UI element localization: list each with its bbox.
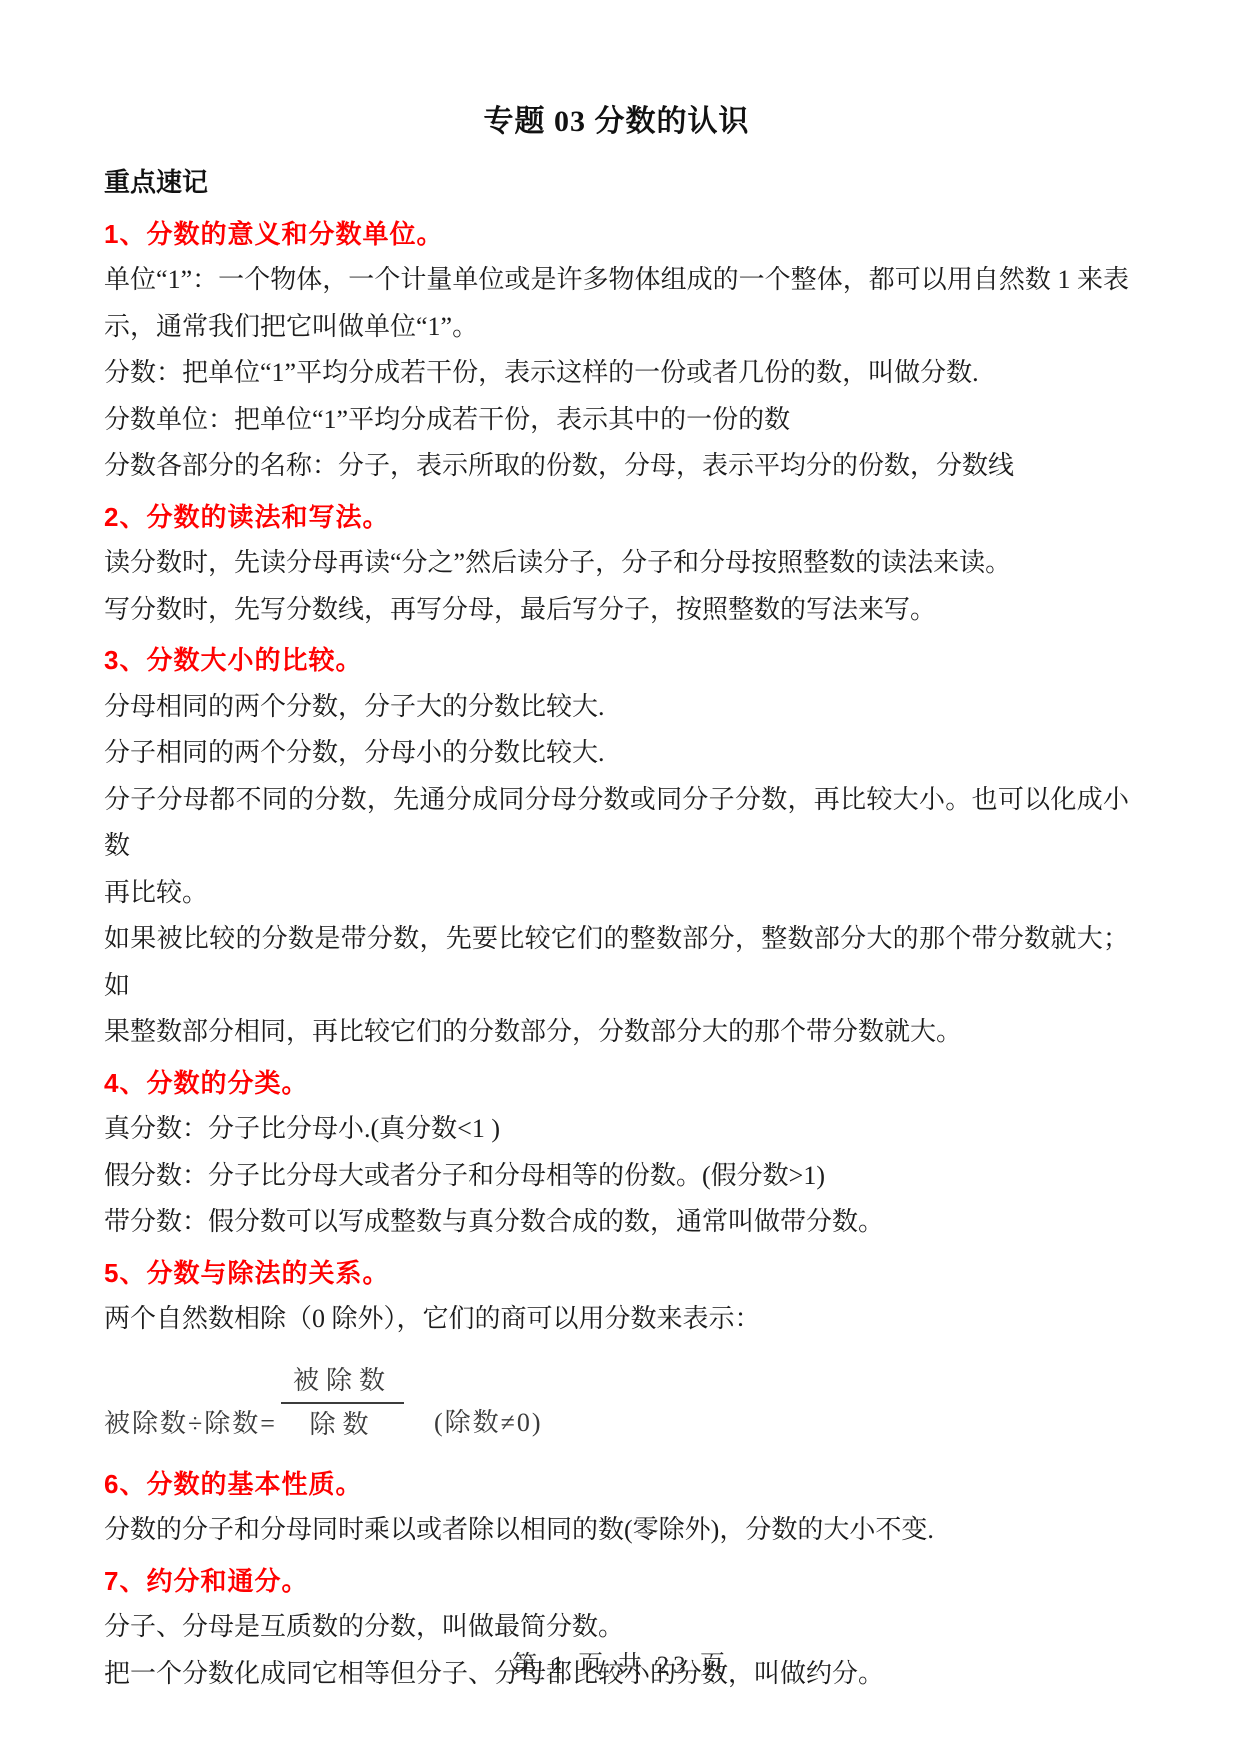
body-line: 分数各部分的名称：分子，表示所取的份数，分母，表示平均分的份数，分数线: [104, 443, 1129, 490]
section-heading-1: 1、分数的意义和分数单位。: [104, 211, 1129, 258]
body-line: 如果被比较的分数是带分数，先要比较它们的整数部分，整数部分大的那个带分数就大；如: [104, 916, 1129, 1009]
division-fraction-formula: 被除数÷除数= 被除数 除数 (除数≠0): [104, 1365, 1129, 1441]
section-heading-3: 3、分数大小的比较。: [104, 637, 1129, 684]
body-line: 读分数时，先读分母再读“分之”然后读分子，分子和分母按照整数的读法来读。: [104, 540, 1129, 587]
body-line: 分数单位：把单位“1”平均分成若干份，表示其中的一份的数: [104, 397, 1129, 444]
fraction-denominator: 除数: [309, 1404, 375, 1441]
body-line: 分数的分子和分母同时乘以或者除以相同的数(零除外)，分数的大小不变.: [104, 1507, 1129, 1554]
section-heading-7: 7、约分和通分。: [104, 1558, 1129, 1605]
formula-left-side: 被除数÷除数=: [104, 1407, 277, 1441]
section-heading-5: 5、分数与除法的关系。: [104, 1250, 1129, 1297]
body-line: 单位“1”：一个物体，一个计量单位或是许多物体组成的一个整体，都可以用自然数 1…: [104, 257, 1129, 304]
body-line: 再比较。: [104, 870, 1129, 917]
body-line: 果整数部分相同，再比较它们的分数部分，分数部分大的那个带分数就大。: [104, 1009, 1129, 1056]
fraction: 被除数 除数: [281, 1365, 404, 1441]
body-line: 带分数：假分数可以写成整数与真分数合成的数，通常叫做带分数。: [104, 1199, 1129, 1246]
page-title: 专题 03 分数的认识: [104, 100, 1129, 144]
body-line: 分母相同的两个分数，分子大的分数比较大.: [104, 684, 1129, 731]
page-footer: 第 1 页 共 23 页: [0, 1645, 1241, 1681]
body-line: 示，通常我们把它叫做单位“1”。: [104, 304, 1129, 351]
subheading-key-notes: 重点速记: [104, 160, 1129, 207]
section-heading-2: 2、分数的读法和写法。: [104, 494, 1129, 541]
body-line: 分子分母都不同的分数，先通分成同分母分数或同分子分数，再比较大小。也可以化成小数: [104, 777, 1129, 870]
body-line: 分子相同的两个分数，分母小的分数比较大.: [104, 730, 1129, 777]
section-heading-4: 4、分数的分类。: [104, 1060, 1129, 1107]
document-content: 专题 03 分数的认识 重点速记 1、分数的意义和分数单位。 单位“1”：一个物…: [0, 0, 1241, 1697]
section-heading-6: 6、分数的基本性质。: [104, 1461, 1129, 1508]
body-line: 写分数时，先写分数线，再写分母，最后写分子，按照整数的写法来写。: [104, 587, 1129, 634]
body-line: 分数：把单位“1”平均分成若干份，表示这样的一份或者几份的数，叫做分数.: [104, 350, 1129, 397]
body-line: 假分数：分子比分母大或者分子和分母相等的份数。(假分数>1): [104, 1153, 1129, 1200]
formula-condition: (除数≠0): [434, 1405, 543, 1441]
body-line: 分子、分母是互质数的分数，叫做最简分数。: [104, 1604, 1129, 1651]
body-line: 真分数：分子比分母小.(真分数<1 ): [104, 1106, 1129, 1153]
body-line: 两个自然数相除（0 除外），它们的商可以用分数来表示：: [104, 1296, 1129, 1343]
document-page: 专题 03 分数的认识 重点速记 1、分数的意义和分数单位。 单位“1”：一个物…: [0, 0, 1241, 1754]
fraction-numerator: 被除数: [281, 1365, 404, 1404]
